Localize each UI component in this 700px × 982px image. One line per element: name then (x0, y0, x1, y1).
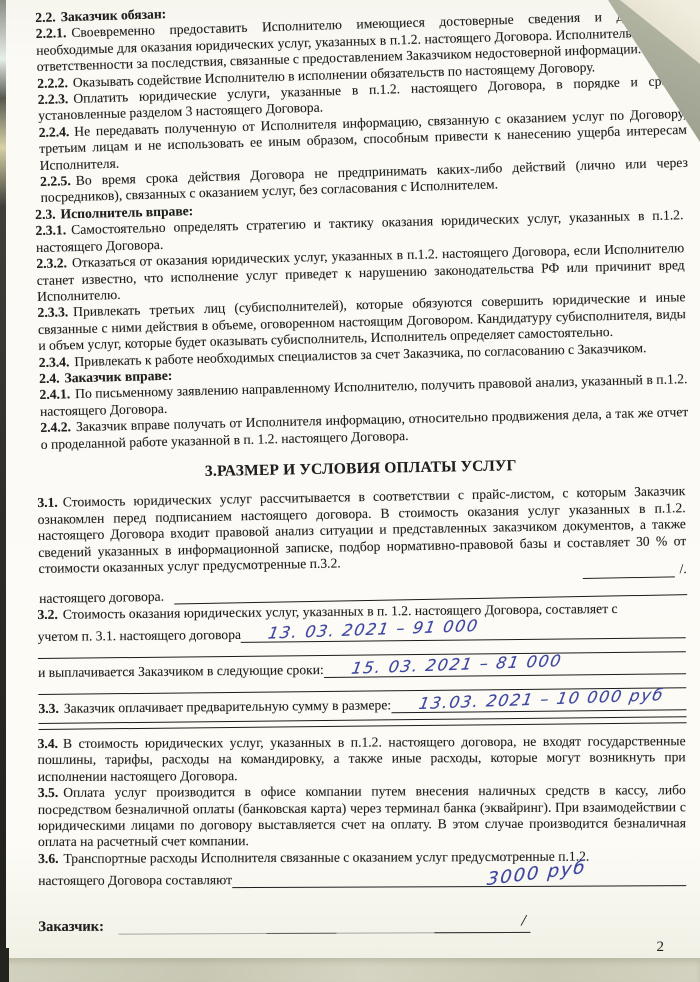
clause-3-3-fill-row: 3.3.Заказчик оплачивает предварительную … (38, 691, 686, 718)
scan-bottom-band (0, 958, 700, 982)
slash-dot-mark: /. (679, 561, 686, 578)
signature-slash-mark: / (520, 912, 527, 929)
clause-3-6-line1: 3.6.Транспортные расходы Исполнителя свя… (38, 848, 686, 867)
section-3: 3.РАЗМЕР И УСЛОВИЯ ОПЛАТЫ УСЛУГ 3.1.Стои… (37, 455, 687, 607)
scan-left-edge (0, 0, 6, 982)
signature-stroke (266, 933, 336, 934)
signature-block: Заказчик: / (38, 908, 686, 935)
section-3-title: 3.РАЗМЕР И УСЛОВИЯ ОПЛАТЫ УСЛУГ (37, 455, 685, 483)
clause-3-6-fill-row: настоящего Договора составляют 3000 руб (38, 866, 686, 889)
fill-in-line: 3000 руб (232, 865, 686, 888)
clause-3-5: 3.5.Оплата услуг производится в офисе ко… (38, 782, 686, 850)
page-number: 2 (657, 939, 665, 956)
clause-3-4: 3.4.В стоимость юридических услуг, указа… (38, 733, 686, 785)
clauses-3-4-to-3-6: 3.4.В стоимость юридических услуг, указа… (38, 733, 687, 935)
double-ruled-line (39, 717, 687, 731)
handwritten-amount-3: 13.03. 2021 – 10 000 руб (417, 687, 665, 712)
fill-in-line: 15. 03. 2021 – 81 000 (324, 654, 686, 679)
sections-2-3-2-4: 2.3.Исполнитель вправе: 2.3.1.Самостояте… (35, 191, 689, 453)
signature-line: / (118, 914, 530, 935)
signature-label: Заказчик: (38, 918, 104, 935)
clause-3-1: 3.1.Стоимость юридических услуг рассчиты… (37, 484, 686, 578)
signature-stroke (434, 932, 530, 933)
handwritten-amount-2: 15. 03. 2021 – 81 000 (350, 653, 563, 677)
section-2-2: 2.2.Заказчик обязан: 2.2.1.Своевременно … (35, 0, 689, 207)
scan-bottom-left-corner (0, 948, 9, 982)
document-body: 2.2.Заказчик обязан: 2.2.1.Своевременно … (38, 10, 686, 935)
scanned-contract-page: 2.2.Заказчик обязан: 2.2.1.Своевременно … (0, 0, 700, 982)
fill-in-line: 13.03. 2021 – 10 000 руб (391, 690, 687, 714)
clauses-3-2-3-3: 3.2.Стоимость оказания юридических услуг… (37, 601, 686, 731)
handwritten-amount-1: 13. 03. 2021 – 91 000 (267, 618, 480, 642)
